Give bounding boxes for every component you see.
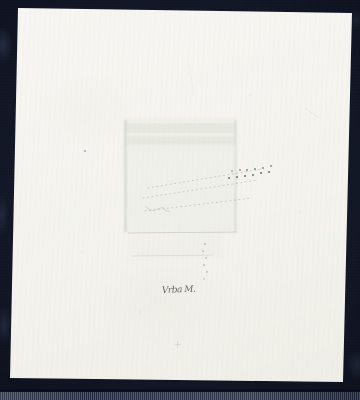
show-through-right-edge — [234, 120, 237, 232]
album-page-ribbed-edge — [0, 389, 360, 400]
expert-signature: Vrba M. — [162, 284, 213, 299]
show-through-left-edge — [124, 120, 127, 232]
show-through-lower-area — [128, 232, 223, 258]
show-through-band-upper — [125, 123, 236, 133]
photo-of-stamp-back: Vrba M. — [0, 0, 360, 400]
show-through-band-lower — [125, 136, 236, 145]
